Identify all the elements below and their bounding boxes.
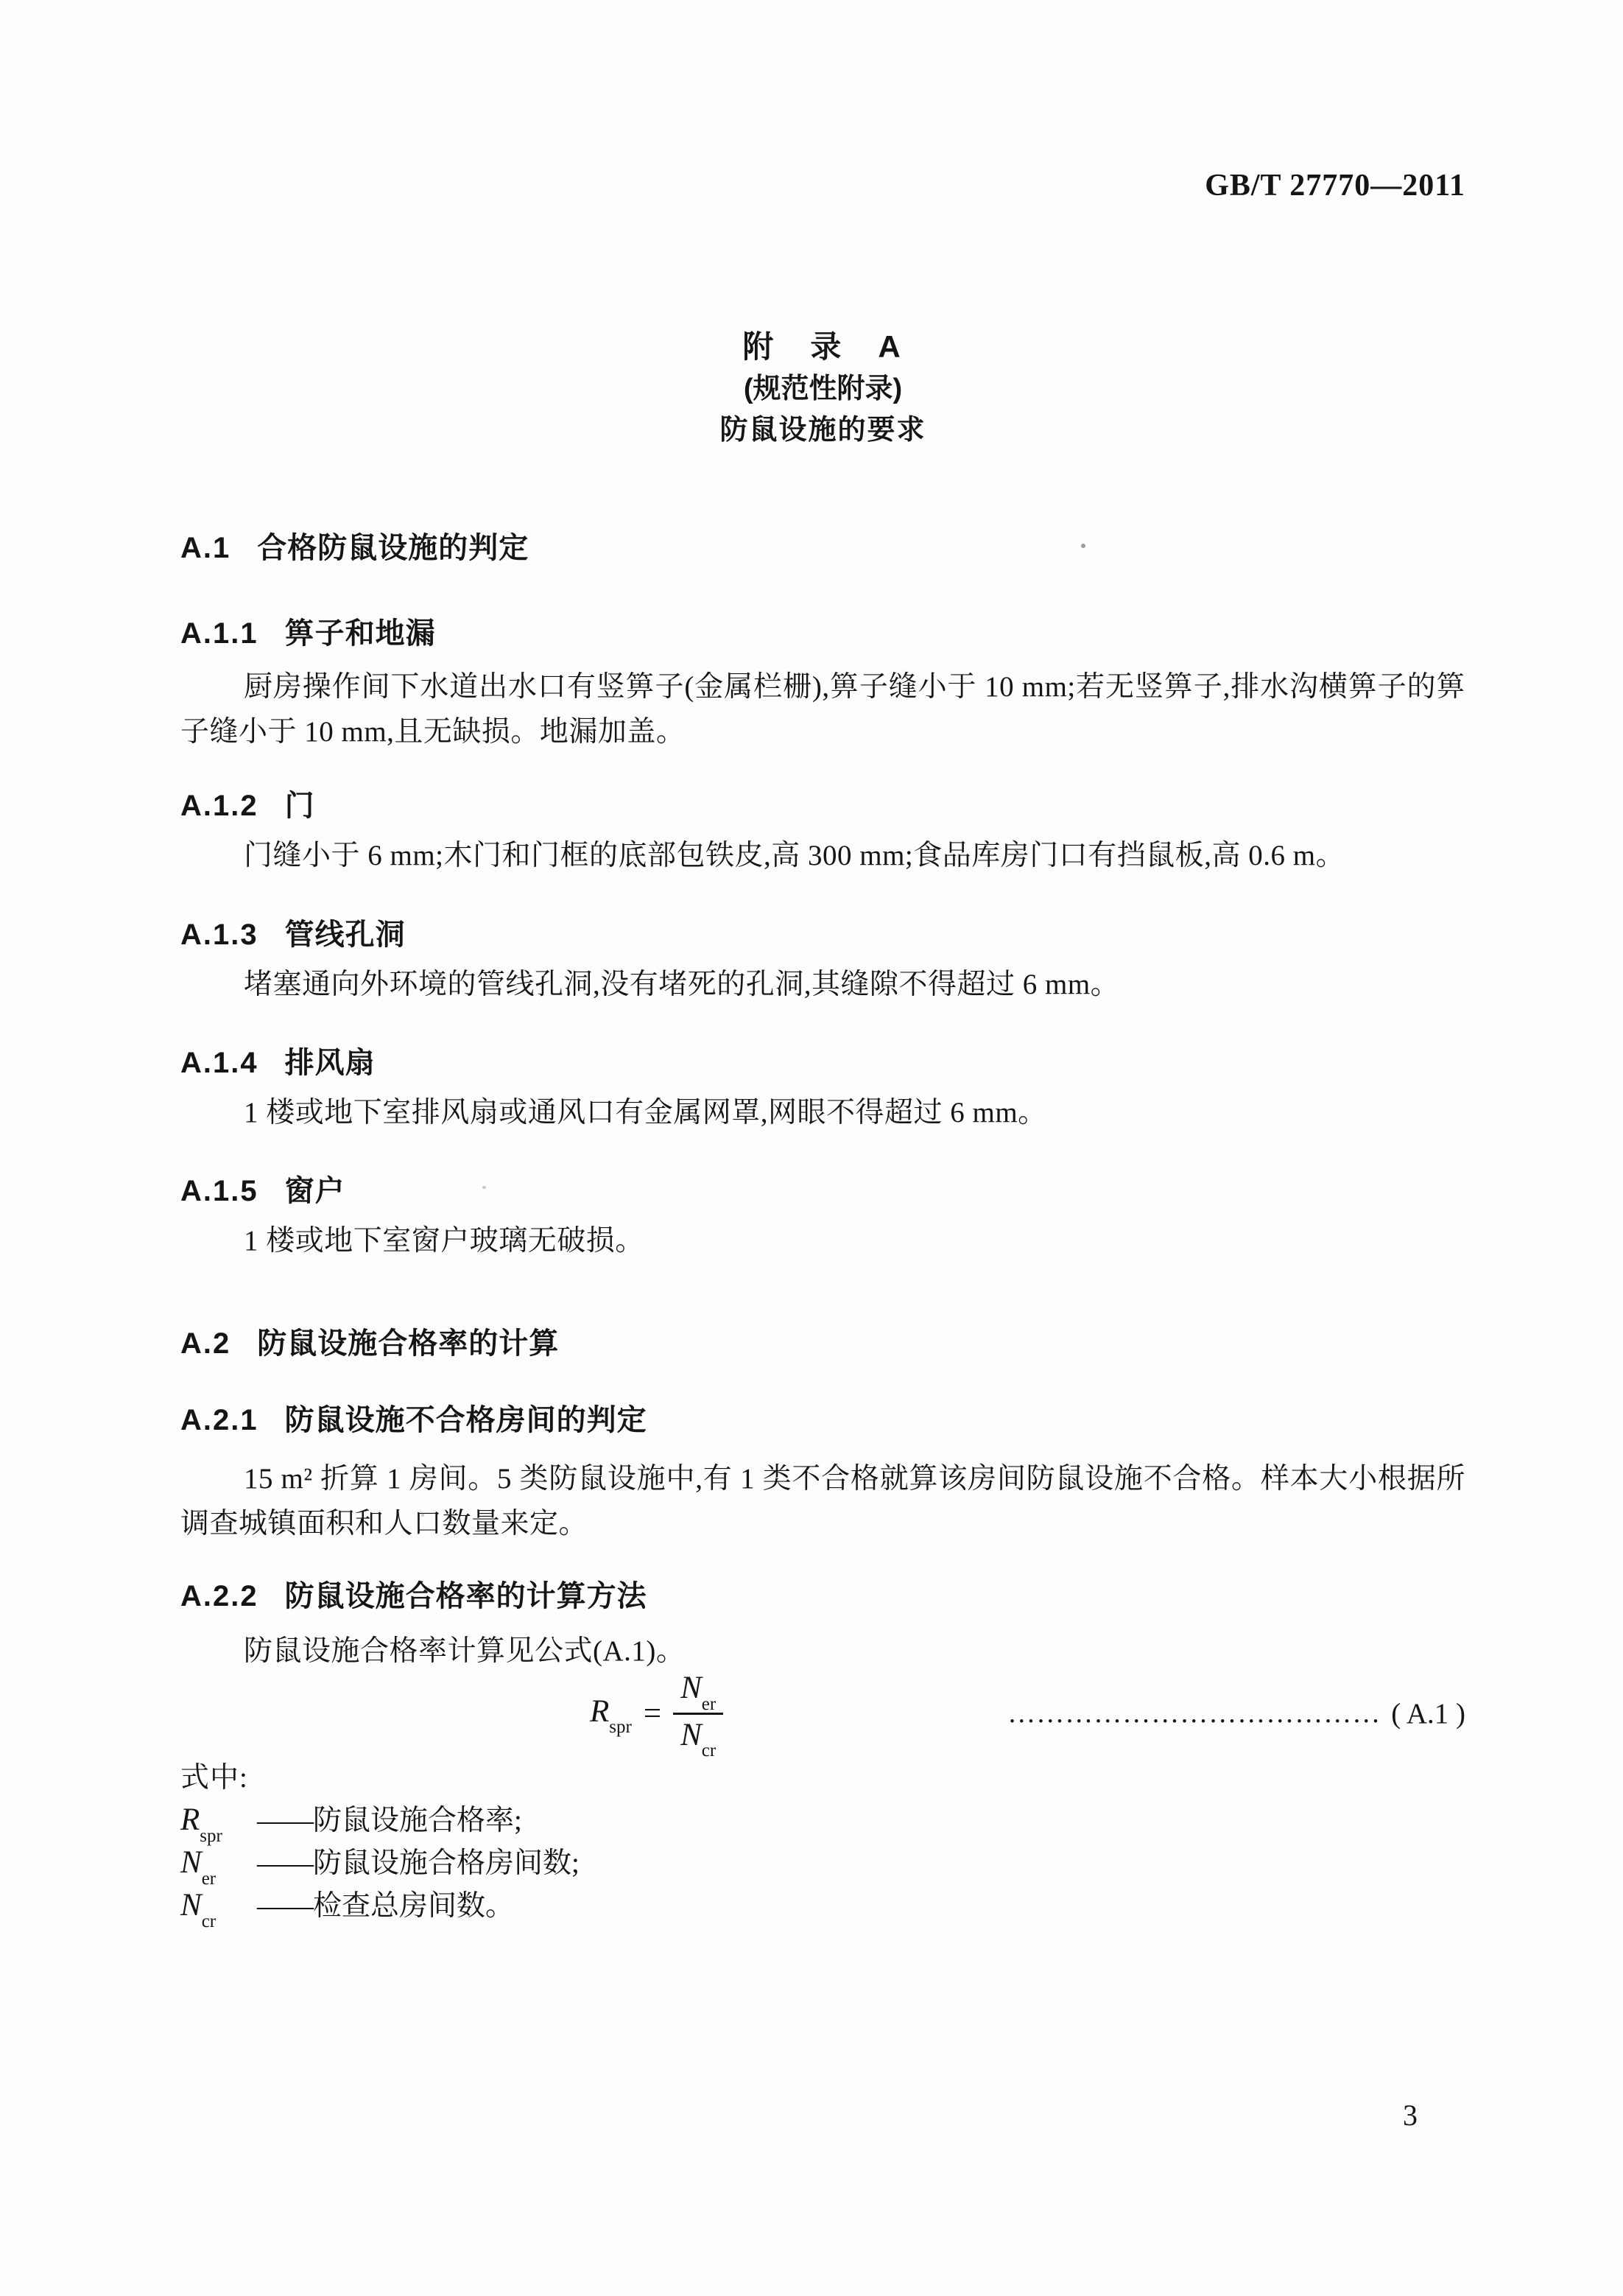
- term-symbol: Rspr: [180, 1802, 257, 1842]
- formula-equals-sign: =: [644, 1696, 661, 1732]
- heading-a2-id: A.2: [180, 1327, 230, 1361]
- heading-a14-title: 排风扇: [285, 1047, 376, 1079]
- where-clause-intro: 式中:: [180, 1755, 248, 1796]
- heading-a21-title: 防鼠设施不合格房间的判定: [285, 1404, 647, 1436]
- heading-a21-id: A.2.1: [180, 1404, 258, 1437]
- formula-dot-leader: …………………………………: [775, 1697, 1381, 1730]
- heading-a15-id: A.1.5: [180, 1175, 258, 1208]
- term-definition: 检查总房间数。: [313, 1883, 514, 1924]
- term-symbol-letter: N: [180, 1888, 202, 1923]
- where-term-row: Ncr——检查总房间数。: [180, 1883, 1465, 1928]
- heading-a15: A.1.5窗户: [180, 1168, 1465, 1210]
- where-term-row: Ner——防鼠设施合格房间数;: [180, 1840, 1465, 1885]
- formula-number-label: ( A.1 ): [1391, 1697, 1465, 1730]
- heading-a22: A.2.2防鼠设施合格率的计算方法: [180, 1573, 1465, 1615]
- formula-denominator: Ncr: [680, 1715, 716, 1758]
- heading-a13-id: A.1.3: [180, 919, 258, 952]
- heading-a11-id: A.1.1: [180, 617, 258, 650]
- formula-denominator-subscript: cr: [702, 1741, 716, 1760]
- heading-a1: A.1合格防鼠设施的判定: [180, 524, 1465, 566]
- term-symbol-letter: R: [180, 1802, 200, 1837]
- formula-lhs-symbol: R: [590, 1694, 609, 1729]
- formula-lhs-subscript: spr: [609, 1717, 632, 1737]
- heading-a14-id: A.1.4: [180, 1047, 258, 1080]
- page-number: 3: [1403, 2098, 1418, 2132]
- heading-a15-title: 窗户: [285, 1175, 345, 1207]
- heading-a1-id: A.1: [180, 532, 230, 565]
- appendix-title: 附 录 A: [180, 323, 1465, 367]
- heading-a22-title: 防鼠设施合格率的计算方法: [285, 1580, 647, 1612]
- formula-lhs: Rspr: [590, 1693, 632, 1734]
- heading-a2-title: 防鼠设施合格率的计算: [257, 1327, 559, 1360]
- paragraph-a14: 1 楼或地下室排风扇或通风口有金属网罩,网眼不得超过 6 mm。: [180, 1090, 1465, 1135]
- term-dash: ——: [257, 1804, 313, 1837]
- heading-a12: A.1.2门: [180, 782, 1465, 824]
- formula-denominator-symbol: N: [680, 1718, 702, 1752]
- term-dash: ——: [257, 1847, 313, 1880]
- paragraph-a12: 门缝小于 6 mm;木门和门框的底部包铁皮,高 300 mm;食品库房门口有挡鼠…: [180, 833, 1465, 878]
- term-symbol: Ner: [180, 1844, 257, 1885]
- paragraph-a15: 1 楼或地下室窗户玻璃无破损。: [180, 1218, 1465, 1263]
- heading-a13-title: 管线孔洞: [285, 919, 406, 951]
- paragraph-a11: 厨房操作间下水道出水口有竖箅子(金属栏栅),箅子缝小于 10 mm;若无竖箅子,…: [180, 664, 1465, 754]
- formula-block: Rspr = Ner Ncr: [590, 1670, 723, 1757]
- where-term-row: Rspr——防鼠设施合格率;: [180, 1797, 1465, 1842]
- heading-a1-title: 合格防鼠设施的判定: [257, 532, 529, 564]
- heading-a21: A.2.1防鼠设施不合格房间的判定: [180, 1397, 1465, 1439]
- scan-speck: [421, 1513, 424, 1517]
- term-symbol-subscript: cr: [202, 1911, 216, 1931]
- formula-fraction: Ner Ncr: [673, 1670, 723, 1757]
- heading-a22-id: A.2.2: [180, 1580, 258, 1613]
- heading-a11-title: 箅子和地漏: [285, 617, 436, 650]
- paragraph-a22: 防鼠设施合格率计算见公式(A.1)。: [180, 1629, 1465, 1674]
- term-symbol-letter: N: [180, 1845, 202, 1880]
- document-page: GB/T 27770—2011 附 录 A (规范性附录) 防鼠设施的要求 A.…: [0, 0, 1623, 2296]
- heading-a12-id: A.1.2: [180, 790, 258, 823]
- formula-numerator-symbol: N: [680, 1671, 702, 1705]
- appendix-subtitle: (规范性附录): [180, 365, 1465, 406]
- standard-number: GB/T 27770—2011: [1205, 168, 1465, 203]
- term-dash: ——: [257, 1889, 313, 1923]
- heading-a13: A.1.3管线孔洞: [180, 911, 1465, 953]
- paragraph-a21: 15 m² 折算 1 房间。5 类防鼠设施中,有 1 类不合格就算该房间防鼠设施…: [180, 1456, 1465, 1546]
- term-symbol: Ncr: [180, 1887, 257, 1928]
- term-definition: 防鼠设施合格率;: [313, 1797, 522, 1839]
- heading-a11: A.1.1箅子和地漏: [180, 610, 1465, 652]
- term-definition: 防鼠设施合格房间数;: [313, 1840, 580, 1881]
- formula-numerator: Ner: [673, 1670, 723, 1715]
- formula-row: Rspr = Ner Ncr ………………………………… ( A.1 ): [180, 1669, 1465, 1758]
- heading-a12-title: 门: [285, 790, 315, 822]
- scan-speck: [482, 1186, 486, 1189]
- scan-speck: [1081, 544, 1085, 548]
- heading-a2: A.2防鼠设施合格率的计算: [180, 1320, 1465, 1362]
- heading-a14: A.1.4排风扇: [180, 1039, 1465, 1081]
- paragraph-a13: 堵塞通向外环境的管线孔洞,没有堵死的孔洞,其缝隙不得超过 6 mm。: [180, 962, 1465, 1007]
- formula-numerator-subscript: er: [702, 1694, 716, 1714]
- appendix-name: 防鼠设施的要求: [180, 407, 1465, 447]
